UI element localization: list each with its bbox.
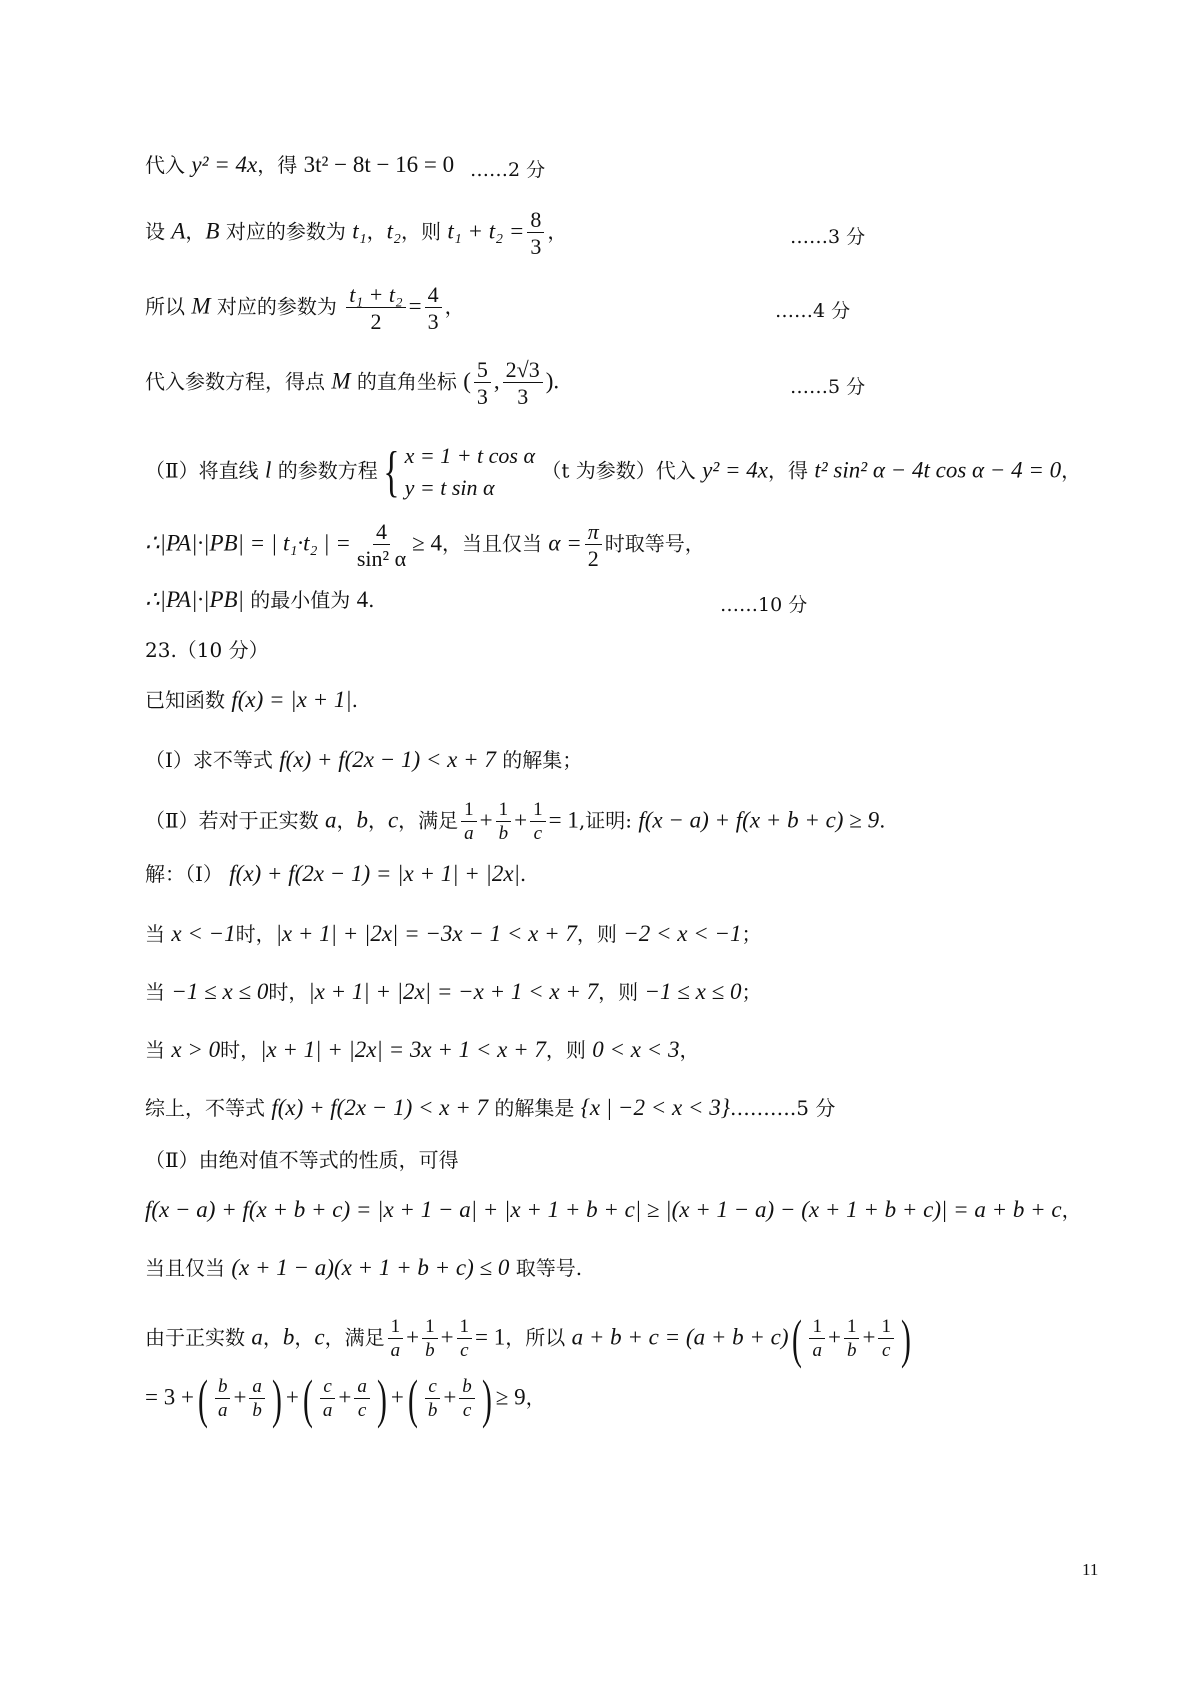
plus: + <box>286 1385 299 1410</box>
var-b: b <box>356 807 368 832</box>
equation: f(x − a) + f(x + b + c) = |x + 1 − a| + … <box>145 1197 1062 1222</box>
equation: |x + 1| + |2x| = 3x + 1 < x + 7 <box>260 1037 546 1062</box>
text: ， <box>679 1038 699 1062</box>
text: ， <box>1062 1198 1082 1222</box>
numerator: 4 <box>425 283 442 308</box>
denominator: a <box>809 1339 825 1361</box>
text: 当 <box>145 922 171 946</box>
text: ，得 <box>257 153 303 177</box>
numerator: 1 <box>461 800 477 822</box>
denominator: b <box>422 1339 438 1361</box>
score-3: ……3 分 <box>790 222 865 249</box>
plus: + <box>233 1385 246 1410</box>
plus: + <box>862 1325 875 1350</box>
line-solution-part1: 解：（Ⅰ） f(x) + f(2x − 1) = |x + 1| + |2x|. <box>145 862 526 885</box>
line-part2-intro: （Ⅱ）由绝对值不等式的性质，可得 <box>145 1150 459 1170</box>
text: 时， <box>236 922 276 946</box>
numerator: 4 <box>373 520 390 545</box>
comma: , <box>494 369 500 394</box>
text: 取等号. <box>509 1256 582 1280</box>
line-am-gm: = 3 +(ba+ab)+(ca+ac)+(cb+bc)≥ 9， <box>145 1372 546 1426</box>
line-substitute: 代入 y² = 4x，得 3t² − 8t − 16 = 0 <box>145 153 454 176</box>
equation: ∴|PA|·|PB| = | t₁·t₂ | = <box>145 531 351 556</box>
equation: y² = 4x <box>702 457 768 482</box>
paren-open: ( <box>408 1372 418 1426</box>
text: （Ⅱ）若对于正实数 <box>145 808 325 832</box>
text: ， <box>336 808 356 832</box>
text: 当 <box>145 980 171 1004</box>
denominator: 3 <box>425 308 442 333</box>
var-a: A <box>171 219 185 244</box>
text: 所以 <box>145 295 191 319</box>
text: 设 <box>145 220 171 244</box>
score-5: ……5 分 <box>790 372 865 399</box>
var-b: b <box>283 1325 295 1350</box>
denominator: a <box>461 822 477 844</box>
fraction: 1a <box>461 800 477 844</box>
page-number: 11 <box>1082 1560 1098 1580</box>
text: 对应的参数为 <box>211 295 344 319</box>
fraction: 43 <box>425 283 442 333</box>
equation: = 3 + <box>145 1385 194 1410</box>
equation: α = <box>548 531 581 556</box>
text: ， <box>547 220 567 244</box>
line-part2-question: （Ⅱ）若对于正实数 a，b，c，满足1a+1b+1c= 1,证明: f(x − … <box>145 800 885 844</box>
var-a: a <box>251 1325 263 1350</box>
equation: 3t² − 8t − 16 = 0 <box>304 152 455 177</box>
solution-set: {x | −2 < x < 3} <box>581 1095 730 1120</box>
text: ， <box>368 808 388 832</box>
line-function-def: 已知函数 f(x) = |x + 1|. <box>145 688 358 711</box>
fraction: π2 <box>585 520 602 570</box>
equation: ∴|PA|·|PB| <box>145 587 244 612</box>
text: ，则 <box>401 220 447 244</box>
fraction: 1b <box>844 1317 860 1361</box>
equals: = 1 <box>475 1325 505 1350</box>
system-row: y = t sin α <box>405 472 535 504</box>
paren: ( <box>463 369 471 394</box>
text: . <box>879 808 885 832</box>
fraction: ab <box>249 1377 265 1421</box>
score-10: ……10 分 <box>720 590 807 617</box>
numerator: 1 <box>388 1317 404 1339</box>
text: ， <box>526 1386 546 1410</box>
fraction: ac <box>354 1377 370 1421</box>
line-abs-inequality: f(x − a) + f(x + b + c) = |x + 1 − a| + … <box>145 1198 1082 1221</box>
text: ， <box>1061 458 1081 482</box>
line-min-value: ∴|PA|·|PB| 的最小值为 4. <box>145 588 375 611</box>
paren-open: ( <box>303 1372 313 1426</box>
numerator: b <box>459 1377 475 1399</box>
text: ， <box>185 220 205 244</box>
paren-open: ( <box>198 1372 208 1426</box>
denominator: 2 <box>585 545 602 570</box>
text: 对应的参数为 <box>219 220 352 244</box>
text: ，满足 <box>398 808 458 832</box>
var-m: M <box>191 294 210 319</box>
text: ，则 <box>598 980 644 1004</box>
text: . <box>368 588 374 612</box>
denominator: c <box>457 1339 471 1361</box>
denominator: 3 <box>527 233 544 258</box>
denominator: a <box>215 1399 231 1421</box>
text: ， <box>445 295 465 319</box>
score-2: ……2 分 <box>470 155 545 182</box>
numerator: π <box>585 520 602 545</box>
denominator: b <box>425 1399 441 1421</box>
text: ，满足 <box>325 1326 385 1350</box>
system-row: x = 1 + t cos α <box>405 440 535 472</box>
text: 的解集是 <box>488 1096 581 1120</box>
fraction: 83 <box>527 208 544 258</box>
numerator: a <box>354 1377 370 1399</box>
line-part2-line-eq: （Ⅱ）将直线 l 的参数方程{x = 1 + t cos αy = t sin … <box>145 440 1081 504</box>
var-t2: t₂ <box>387 219 401 244</box>
value: 4 <box>357 587 369 612</box>
text: ，当且仅当 <box>442 532 548 556</box>
text: （Ⅱ）将直线 <box>145 458 265 482</box>
denominator: 3 <box>514 383 531 408</box>
equation: |x + 1| + |2x| = −3x − 1 < x + 7 <box>276 921 577 946</box>
numerator: c <box>425 1377 439 1399</box>
text: （Ⅰ）求不等式 <box>145 748 279 772</box>
denominator: sin² α <box>354 545 409 570</box>
denominator: c <box>460 1399 474 1421</box>
equation: a + b + c = (a + b + c) <box>572 1325 789 1350</box>
equation: f(x) + f(2x − 1) < x + 7 <box>279 747 496 772</box>
score-5: ……….5 分 <box>730 1096 835 1120</box>
result: 0 < x < 3 <box>592 1037 679 1062</box>
line-case-3: 当 x > 0时，|x + 1| + |2x| = 3x + 1 < x + 7… <box>145 1038 699 1061</box>
denominator: b <box>844 1339 860 1361</box>
text: 代入 <box>145 153 191 177</box>
var-c: c <box>314 1325 324 1350</box>
equation: t₁ + t₂ = <box>447 219 524 244</box>
line-summary: 综上，不等式 f(x) + f(2x − 1) < x + 7 的解集是 {x … <box>145 1096 835 1119</box>
inequality: ≥ 9 <box>496 1385 526 1410</box>
condition: x < −1 <box>171 921 235 946</box>
paren-close: ) <box>377 1372 387 1426</box>
text: ， <box>294 1326 314 1350</box>
text: 代入参数方程，得点 <box>145 370 331 394</box>
paren-close: ) <box>901 1312 911 1366</box>
numerator: 2√3 <box>503 358 543 383</box>
text: . <box>352 688 358 712</box>
line-case-1: 当 x < −1时，|x + 1| + |2x| = −3x − 1 < x +… <box>145 922 762 945</box>
equation: (x + 1 − a)(x + 1 + b + c) ≤ 0 <box>231 1255 509 1280</box>
text: 的参数方程 <box>271 458 377 482</box>
numerator: 5 <box>474 358 491 383</box>
line-part1-question: （Ⅰ）求不等式 f(x) + f(2x − 1) < x + 7 的解集； <box>145 748 582 771</box>
fraction: 1a <box>388 1317 404 1361</box>
denominator: a <box>388 1339 404 1361</box>
equals: = <box>409 294 422 319</box>
fraction: 1b <box>496 800 512 844</box>
equation: f(x) + f(2x − 1) < x + 7 <box>271 1095 488 1120</box>
text: 的解集； <box>496 748 582 772</box>
text: 时取等号， <box>605 532 705 556</box>
text: 当且仅当 <box>145 1256 231 1280</box>
plus: + <box>338 1385 351 1410</box>
denominator: c <box>531 822 545 844</box>
equation: f(x) + f(2x − 1) = |x + 1| + |2x| <box>229 861 520 886</box>
numerator: a <box>249 1377 265 1399</box>
text: 当 <box>145 1038 171 1062</box>
denominator: c <box>879 1339 893 1361</box>
denominator: b <box>496 822 512 844</box>
text: ， <box>263 1326 283 1350</box>
fraction: 53 <box>474 358 491 408</box>
plus: + <box>514 807 527 832</box>
result: −1 ≤ x ≤ 0 <box>644 979 741 1004</box>
plus: + <box>391 1385 404 1410</box>
equation: |x + 1| + |2x| = −x + 1 < x + 7 <box>308 979 598 1004</box>
denominator: 2 <box>367 308 384 333</box>
brace: { <box>383 444 399 500</box>
text: ，则 <box>546 1038 592 1062</box>
fraction: bc <box>459 1377 475 1421</box>
text: 由于正实数 <box>145 1326 251 1350</box>
fraction: 1a <box>809 1317 825 1361</box>
equals: = 1 <box>549 807 579 832</box>
line-params-ab: 设 A，B 对应的参数为 t₁，t₂，则 t₁ + t₂ =83， <box>145 208 567 258</box>
equation: f(x) = |x + 1| <box>231 687 351 712</box>
denominator: 3 <box>474 383 491 408</box>
equation-system: x = 1 + t cos αy = t sin α <box>405 440 535 504</box>
numerator: 1 <box>457 1317 473 1339</box>
fraction: 1c <box>530 800 546 844</box>
plus: + <box>406 1325 419 1350</box>
plus: + <box>828 1325 841 1350</box>
paren-close: ) <box>482 1372 492 1426</box>
question-23-header: 23.（10 分） <box>145 640 269 660</box>
paren-open: ( <box>793 1312 803 1366</box>
line-positive-reals: 由于正实数 a，b，c，满足1a+1b+1c= 1，所以 a + b + c =… <box>145 1312 915 1366</box>
numerator: 1 <box>422 1317 438 1339</box>
denominator: c <box>355 1399 369 1421</box>
text: （t 为参数）代入 <box>541 458 702 482</box>
condition: x > 0 <box>171 1037 220 1062</box>
numerator: 8 <box>527 208 544 233</box>
plus: + <box>441 1325 454 1350</box>
paren-close: ) <box>272 1372 282 1426</box>
text: ,证明: <box>579 808 638 832</box>
equation: f(x − a) + f(x + b + c) ≥ 9 <box>638 807 879 832</box>
numerator: c <box>320 1377 334 1399</box>
plus: + <box>443 1385 456 1410</box>
numerator: 1 <box>530 800 546 822</box>
numerator: b <box>215 1377 231 1399</box>
text: 时， <box>220 1038 260 1062</box>
fraction: 1c <box>457 1317 473 1361</box>
text: ， <box>367 220 387 244</box>
denominator: b <box>249 1399 265 1421</box>
condition: −1 ≤ x ≤ 0 <box>171 979 268 1004</box>
text: ，得 <box>768 458 814 482</box>
fraction: t₁ + t₂2 <box>346 283 405 333</box>
text: ； <box>742 922 762 946</box>
denominator: a <box>320 1399 336 1421</box>
var-m: M <box>331 369 350 394</box>
numerator: 1 <box>809 1317 825 1339</box>
text: ，所以 <box>505 1326 571 1350</box>
line-equality-condition: 当且仅当 (x + 1 − a)(x + 1 + b + c) ≤ 0 取等号. <box>145 1256 582 1279</box>
var-a: a <box>325 807 337 832</box>
text: ，则 <box>577 922 623 946</box>
numerator: 1 <box>844 1317 860 1339</box>
text: ； <box>741 980 761 1004</box>
fraction: 1c <box>878 1317 894 1361</box>
fraction: ca <box>320 1377 336 1421</box>
numerator: 1 <box>878 1317 894 1339</box>
var-b: B <box>205 219 219 244</box>
text: 的直角坐标 <box>351 370 464 394</box>
fraction: 2√33 <box>503 358 543 408</box>
text: 时， <box>268 980 308 1004</box>
var-c: c <box>388 807 398 832</box>
text: 解：（Ⅰ） <box>145 862 229 886</box>
fraction: cb <box>425 1377 441 1421</box>
result: −2 < x < −1 <box>623 921 741 946</box>
score-4: ……4 分 <box>775 296 850 323</box>
fraction: ba <box>215 1377 231 1421</box>
text: 已知函数 <box>145 688 231 712</box>
text: 的最小值为 <box>244 588 357 612</box>
fraction: 1b <box>422 1317 438 1361</box>
paren: ). <box>546 369 559 394</box>
equation: t² sin² α − 4t cos α − 4 = 0 <box>814 457 1061 482</box>
line-product: ∴|PA|·|PB| = | t₁·t₂ | =4sin² α≥ 4，当且仅当 … <box>145 520 705 570</box>
inequality: ≥ 4 <box>412 531 442 556</box>
line-case-2: 当 −1 ≤ x ≤ 0时，|x + 1| + |2x| = −x + 1 < … <box>145 980 761 1003</box>
plus: + <box>480 807 493 832</box>
fraction: 4sin² α <box>354 520 409 570</box>
equation: y² = 4x <box>191 152 257 177</box>
line-param-m: 所以 M 对应的参数为 t₁ + t₂2=43， <box>145 283 465 333</box>
text: . <box>520 862 526 886</box>
numerator: t₁ + t₂ <box>346 283 405 308</box>
var-t1: t₁ <box>352 219 366 244</box>
line-coordinates: 代入参数方程，得点 M 的直角坐标 (53,2√33). <box>145 358 559 408</box>
text: 综上，不等式 <box>145 1096 271 1120</box>
numerator: 1 <box>496 800 512 822</box>
